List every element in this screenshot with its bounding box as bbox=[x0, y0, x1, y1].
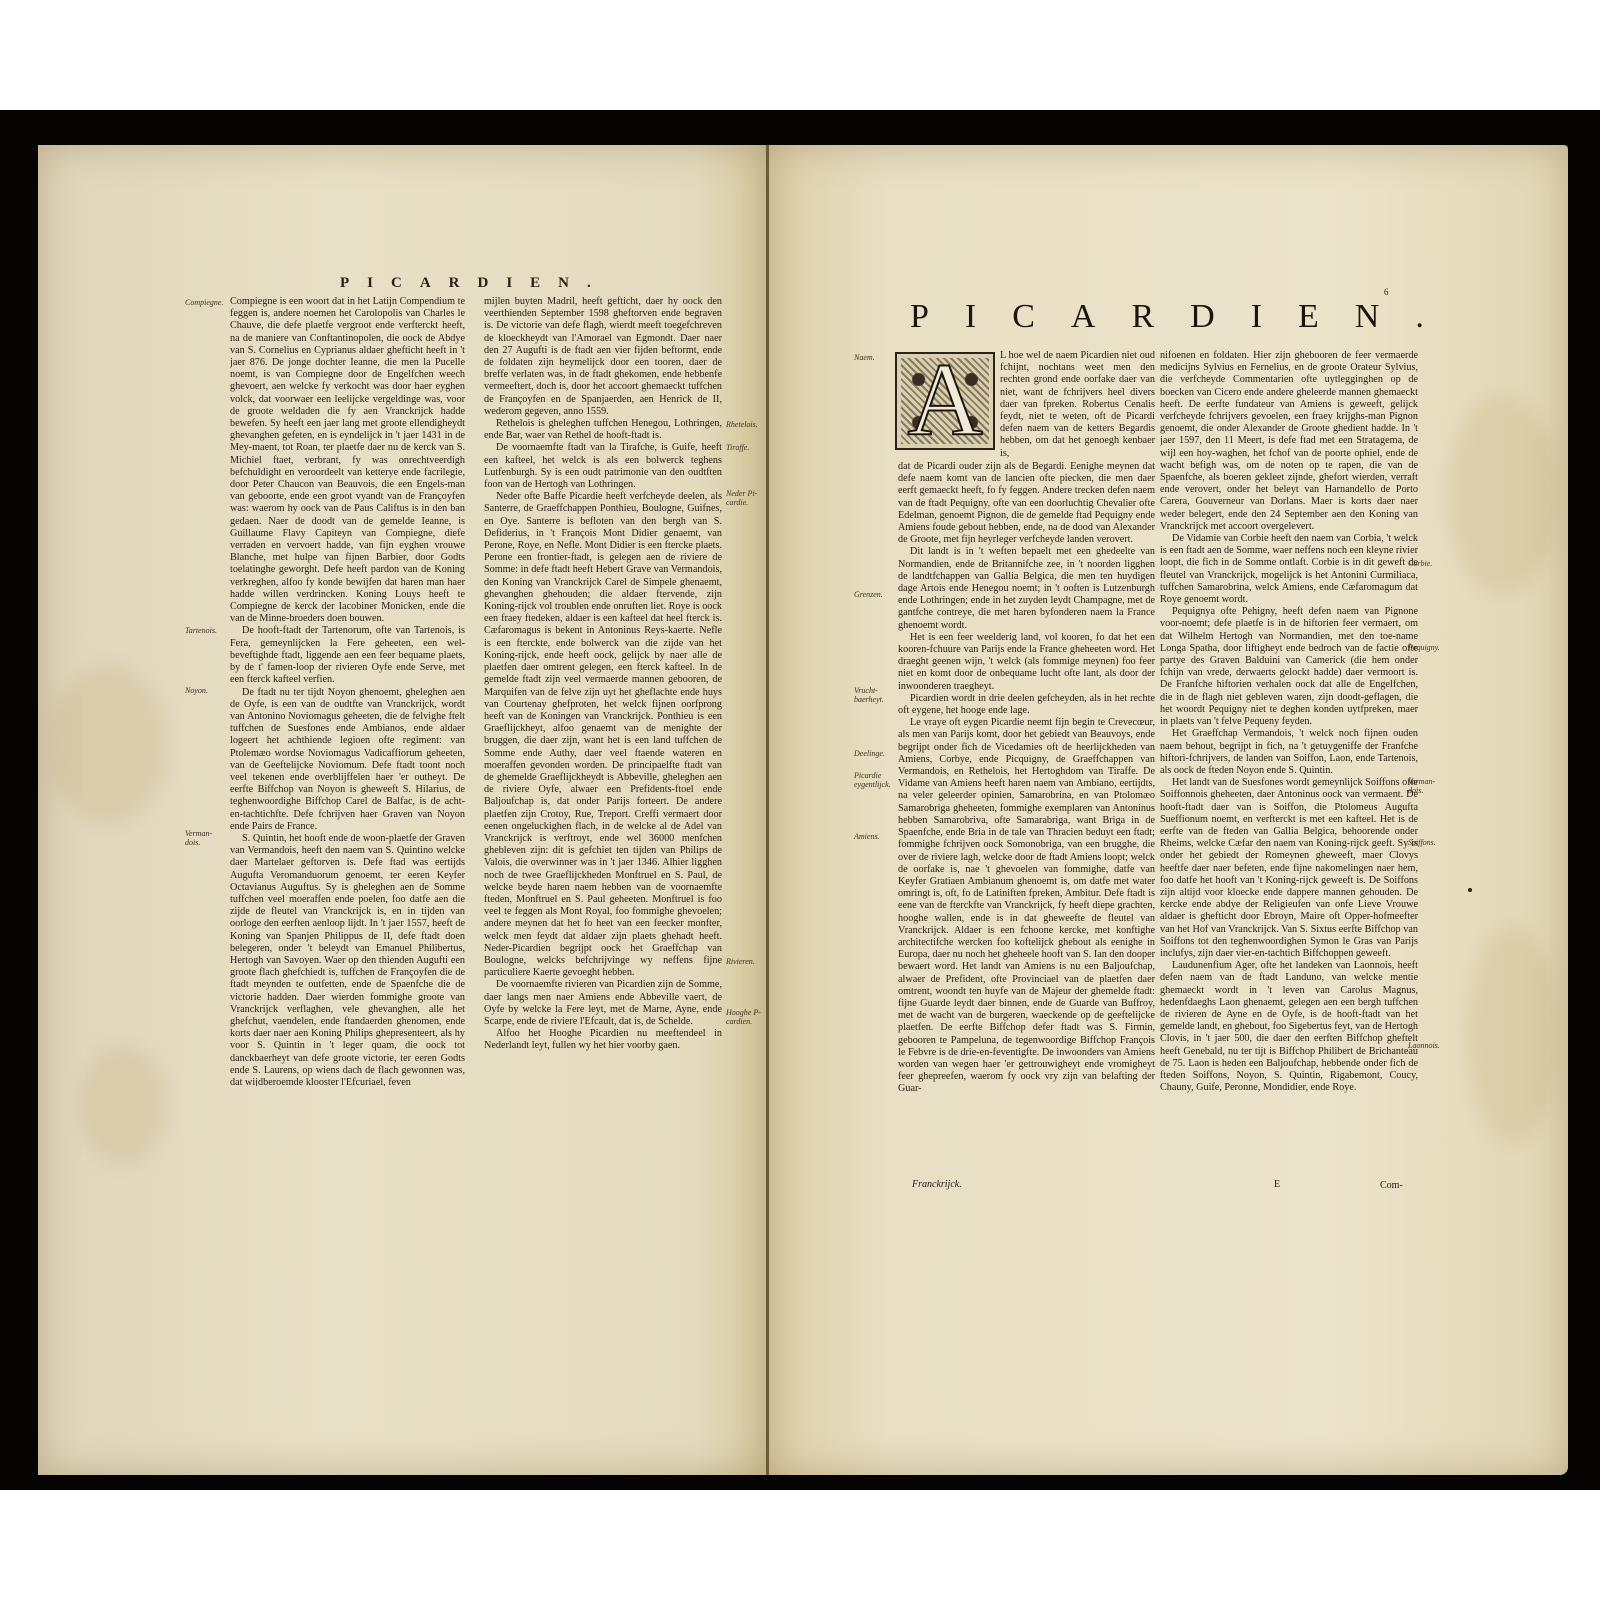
paragraph: S. Quintin, het hooft ende de woon-plaet… bbox=[230, 833, 465, 1086]
page-title: PICARDIEN. bbox=[910, 298, 1460, 336]
margin-note: Grenzen. bbox=[854, 590, 883, 599]
margin-note: Picardie eygentlijck. bbox=[854, 771, 891, 789]
paragraph: Neder ofte Baffe Picardie heeft verfchey… bbox=[484, 491, 722, 979]
margin-note: Verman- dois. bbox=[185, 829, 212, 847]
paragraph: Pequignya ofte Pehigny, heeft defen naem… bbox=[1160, 606, 1418, 728]
paragraph: De Vidamie van Corbie heeft den naem van… bbox=[1160, 533, 1418, 606]
margin-note: Rhetelois. bbox=[726, 420, 758, 429]
drop-cap-letter: A bbox=[897, 352, 993, 450]
ink-speck bbox=[1468, 888, 1472, 892]
margin-note: Deelinge. bbox=[854, 749, 885, 758]
decorated-initial-a: A bbox=[895, 352, 995, 450]
margin-note: Tartenois. bbox=[185, 626, 217, 635]
paragraph: L hoe wel de naem Picardien niet oud fch… bbox=[1000, 350, 1155, 460]
margin-note: Hooghe P- cardien. bbox=[726, 1008, 761, 1026]
margin-note: Amiens. bbox=[854, 832, 880, 841]
paragraph: Het Graeffchap Vermandois, 't welck noch… bbox=[1160, 728, 1418, 777]
left-running-head: PICARDIEN. bbox=[340, 275, 609, 292]
paragraph: Het is een feer weelderig land, vol koor… bbox=[898, 632, 1155, 693]
paragraph: Alfoo het Hooghe Picardien nu meeftendee… bbox=[484, 1028, 722, 1052]
page-fold bbox=[766, 145, 769, 1475]
margin-note: Tiraffe. bbox=[726, 443, 749, 452]
paragraph: Compiegne is een woort dat in het Latijn… bbox=[230, 296, 465, 625]
paragraph: mijlen buyten Madril, heeft gefticht, da… bbox=[484, 296, 722, 418]
margin-note: Compiegne. bbox=[185, 298, 223, 307]
paragraph: Laudunenfium Ager, ofte het landeken van… bbox=[1160, 960, 1418, 1094]
paragraph: nifoenen en foldaten. Hier zijn gheboore… bbox=[1160, 350, 1418, 533]
margin-note: Naem. bbox=[854, 353, 875, 362]
left-catchword: Franckrijck. bbox=[912, 1179, 962, 1190]
paragraph: Picardien wordt in drie deelen gefcheyde… bbox=[898, 693, 1155, 717]
paragraph: Rethelois is gheleghen tuffchen Henegou,… bbox=[484, 418, 722, 442]
paragraph: De ftadt nu ter tijdt Noyon ghenoemt, gh… bbox=[230, 687, 465, 833]
paragraph: Het landt van de Suesfones wordt gemeynl… bbox=[1160, 777, 1418, 960]
margin-note: Noyon. bbox=[185, 686, 208, 695]
left-column-2: mijlen buyten Madril, heeft gefticht, da… bbox=[484, 296, 722, 1066]
paragraph: De hooft-ftadt der Tartenorum, ofte van … bbox=[230, 625, 465, 686]
right-col1-opening: L hoe wel de naem Picardien niet oud fch… bbox=[1000, 350, 1155, 460]
margin-note: Neder Pi- cardie. bbox=[726, 489, 757, 507]
paragraph: De voornaemfte ftadt van la Tirafche, is… bbox=[484, 442, 722, 491]
margin-note: Rivieren. bbox=[726, 957, 755, 966]
right-column-2: nifoenen en foldaten. Hier zijn gheboore… bbox=[1160, 350, 1418, 1180]
paragraph: Dit landt is in 't weften bepaelt met ee… bbox=[898, 546, 1155, 631]
right-column-1: dat de Picardi ouder zijn als de Begardi… bbox=[898, 461, 1155, 1194]
paragraph: dat de Picardi ouder zijn als de Begardi… bbox=[898, 461, 1155, 546]
paragraph: Le vraye oft eygen Picardie neemt fijn b… bbox=[898, 717, 1155, 1095]
catchword: Com- bbox=[1380, 1180, 1403, 1191]
signature-mark: E bbox=[1274, 1179, 1280, 1190]
page-number: 6 bbox=[1384, 287, 1389, 297]
margin-note: Vrucht- baerheyt. bbox=[854, 686, 884, 704]
left-column-1: Compiegne is een woort dat in het Latijn… bbox=[230, 296, 465, 1086]
paragraph: De voornaemfte rivieren van Picardien zi… bbox=[484, 979, 722, 1028]
